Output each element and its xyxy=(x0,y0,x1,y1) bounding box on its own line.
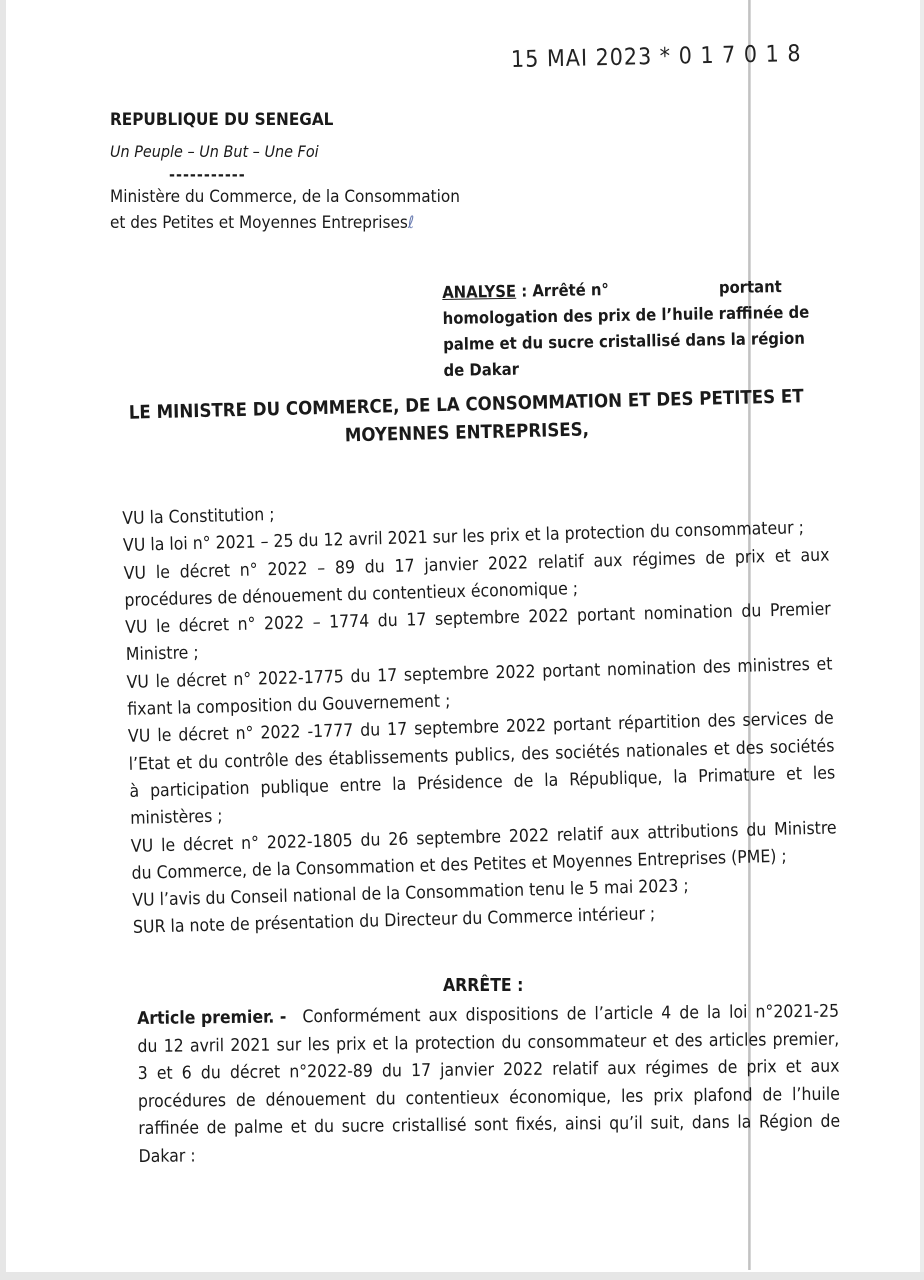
analyse-block: ANALYSE : Arrêté n°portant homologation … xyxy=(442,274,816,384)
visas-list: VU la Constitution ;VU la loi n° 2021 – … xyxy=(122,488,839,943)
country-heading: REPUBLIQUE DU SENEGAL xyxy=(110,110,333,130)
ministry-name-line2: et des Petites et Moyennes Entreprisesℓ xyxy=(110,213,414,233)
national-motto: Un Peuple – Un But – Une Foi xyxy=(110,142,319,161)
analyse-label: ANALYSE xyxy=(442,282,516,302)
article-premier: Article premier. -Conformémentauxdisposi… xyxy=(137,999,841,1171)
analyse-arrete-number: : Arrêté n° xyxy=(516,280,609,301)
minister-title: LE MINISTRE DU COMMERCE, DE LA CONSOMMAT… xyxy=(116,383,817,456)
ministry-name-text: et des Petites et Moyennes Entreprises xyxy=(110,213,408,233)
date-registration-stamp: 15 MAI 2023 * 0 1 7 0 1 8 xyxy=(511,41,802,73)
header-separator: ----------- xyxy=(169,165,246,184)
handwritten-mark-icon: ℓ xyxy=(408,213,414,233)
page-edge xyxy=(920,0,924,1272)
document-page: 15 MAI 2023 * 0 1 7 0 1 8 REPUBLIQUE DU … xyxy=(6,0,924,1272)
ministry-name-line1: Ministère du Commerce, de la Consommatio… xyxy=(110,187,460,207)
article-label: Article premier. - xyxy=(137,1004,287,1033)
arrete-heading: ARRÊTE : xyxy=(443,976,523,996)
